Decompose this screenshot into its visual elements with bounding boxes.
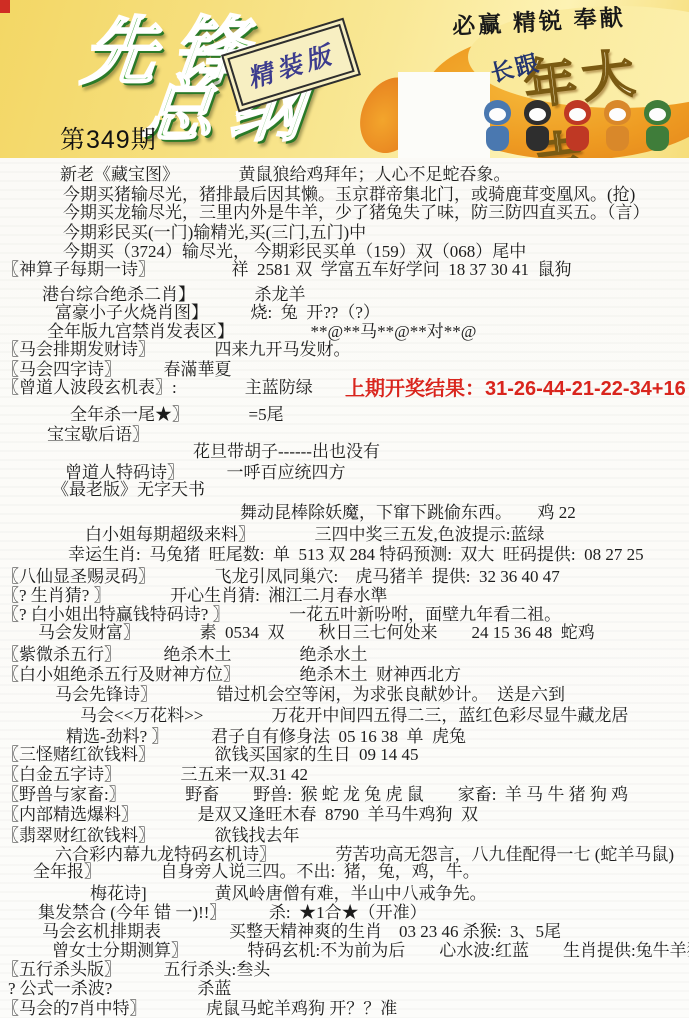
- previous-draw-result-label: 上期开奖结果：: [345, 378, 485, 400]
- content-line: 全年杀一尾★〗 =5尾: [70, 405, 284, 425]
- masthead: 必赢 精锐 奉献 年大吉 长跟 先锋 总纲 精装版 第349期: [0, 0, 689, 158]
- content-line: 幸运生肖: 马兔猪 旺尾数: 单 513 双 284 特码预测: 双大 旺码提供…: [68, 545, 644, 565]
- previous-draw-result: 上期开奖结果：31-26-44-21-22-34+16: [345, 372, 686, 401]
- content-line: 〖曾道人波段玄机表〗: 主蓝防绿: [2, 378, 313, 398]
- content-line: 〖五行杀头版〗 五行杀头:叁头: [2, 960, 270, 980]
- content-line: 〖马会的7肖中特〗 虎鼠马蛇羊鸡狗 开？？准: [2, 999, 397, 1018]
- content-line: 〖三怪赌红欲钱料〗 欲钱买国家的生日 09 14 45: [2, 745, 419, 765]
- content-line: 马会发财富〗 素 0534 双 秋日三七何处来 24 15 36 48 蛇鸡: [38, 623, 595, 643]
- content-line: 〖翡翠财红欲钱料〗 欲钱找去年: [2, 826, 300, 846]
- white-patch: [398, 72, 490, 158]
- content-line: 马会玄机排期表 买整天精神爽的生肖 03 23 46 杀猴: 3、5尾: [42, 922, 561, 942]
- content-line: 富豪小子火烧肖图】 烧: 兔 开??（?）: [55, 303, 380, 323]
- content-line: 〖? 生肖猜? 〗 开心生肖猜: 湘江二月春水準: [2, 586, 387, 606]
- previous-draw-result-numbers: 31-26-44-21-22-34+16: [485, 378, 686, 400]
- content-line: 今期买（3724）输尽光， 今期彩民买单（159）双（068）尾中: [63, 242, 526, 262]
- content-line: 全年版九宫禁肖发表区】 **@**马**@**对**@: [47, 322, 476, 342]
- mascot-row: [482, 100, 673, 154]
- content-line: 《最老版》无字天书: [52, 480, 205, 500]
- mascot-figure: [562, 100, 593, 154]
- content-line: 新老《藏宝图》 黄鼠狼给鸡拜年；人心不足蛇吞象。: [60, 165, 511, 185]
- content-line: 集发禁合 (今年 错 一)!!〗 杀: ★1合★（开准）: [38, 903, 427, 923]
- content-line: 曾女士分期测算〗 特码玄机:不为前为后 心水波:红蓝 生肖提供:兔牛羊狗龙: [52, 941, 689, 961]
- content-line: 今期买龙输尽光，三里内外是牛羊，少了猪兔失了味，防三防四直买五。（言）: [63, 203, 650, 223]
- issue-number: 第349期: [60, 120, 157, 156]
- content-line: 梅花诗] 黄风岭唐僧有难，半山中八戒争先。: [90, 884, 487, 904]
- mascot-figure: [642, 100, 673, 154]
- content-line: 全年报〗 自身旁人说三四。不出: 猪，兔，鸡，牛。: [33, 862, 480, 882]
- pioneer-tipsheet-page: 必赢 精锐 奉献 年大吉 长跟 先锋 总纲 精装版 第349期 上期开奖结果：3…: [0, 0, 689, 1018]
- content-line: 〖白小姐绝杀五行及财神方位〗 绝杀木土 财神西北方: [2, 665, 461, 685]
- content-line: 〖神算子每期一诗〗 祥 2581 双 学富五车好学问 18 37 30 41 鼠…: [2, 260, 572, 280]
- content-line: ? 公式一杀波? 杀蓝: [8, 979, 231, 999]
- content-line: 今期彩民买(一门)输精光,买(三门,五门)中: [63, 223, 366, 243]
- mascot-figure: [482, 100, 513, 154]
- content-line: 〖内部精选爆料〗 是双又逢旺木春 8790 羊马牛鸡狗 双: [2, 805, 478, 825]
- content-line: 白小姐每期超级来料〗 三四中奖三五发,色波提示:蓝绿: [85, 525, 544, 545]
- content-line: 〖白金五字诗〗 三五来一双.31 42: [2, 765, 308, 785]
- mascot-figure: [522, 100, 553, 154]
- content-line: 马会<<万花料>> 万花开中间四五得二三，蓝红色彩尽显牛藏龙居: [80, 706, 628, 726]
- content-line: 花旦带胡子------出也没有: [193, 442, 380, 462]
- content-line: 〖马会四字诗〗 春滿華夏: [2, 360, 232, 380]
- content-line: 〖紫微杀五行〗 绝杀木土 绝杀水土: [2, 645, 368, 665]
- content-line: 宝宝歇后语〗: [47, 425, 149, 445]
- corner-mark: [0, 0, 10, 13]
- content-line: 港台综合绝杀二肖】 杀龙羊: [42, 285, 306, 305]
- content-line: 精选-劲料? 〗 君子自有修身法 05 16 38 单 虎兔: [66, 727, 466, 747]
- content-line: 〖野兽与家畜:〗 野畜 野兽: 猴 蛇 龙 兔 虎 鼠 家畜: 羊 马 牛 猪 …: [2, 785, 628, 805]
- mascot-figure: [602, 100, 633, 154]
- content-line: 〖? 白小姐出特赢钱特码诗? 〗 一花五叶新吩咐，面壁九年看二祖。: [2, 605, 561, 625]
- content-line: 马会先锋诗〗 错过机会空等闲，为求张良献妙计。 送是六到: [55, 685, 565, 705]
- content-line: 〖八仙显圣赐灵码〗 飞龙引凤同巢穴: 虎马猪羊 提供: 32 36 40 47: [2, 567, 560, 587]
- content-line: 〖马会排期发财诗〗 四来九开马发财。: [2, 340, 351, 360]
- content-line: 舞动昆棒除妖魔，下窜下跳偷东西。 鸡 22: [240, 503, 576, 523]
- content-line: 今期买猪输尽光，猪排最后因其懒。玉京群帝集北门，或骑鹿茸变凰风。(抢): [63, 185, 635, 205]
